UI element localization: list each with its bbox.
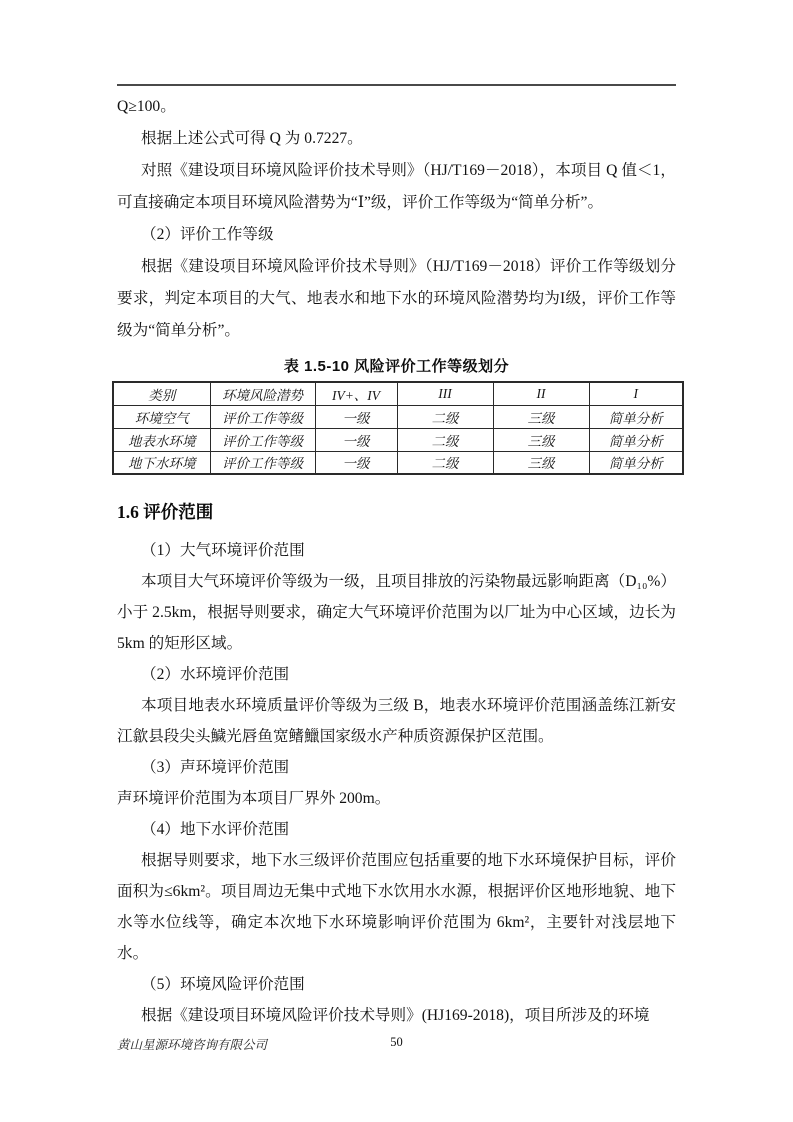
table-header-cell: 类别 (113, 382, 210, 405)
paragraph: （2）评价工作等级 (117, 219, 676, 251)
paragraph: （5）环境风险评价范围 (117, 969, 676, 1000)
table-cell: 评价工作等级 (210, 428, 315, 451)
table-title: 表 1.5-10 风险评价工作等级划分 (117, 356, 676, 377)
paragraph: 根据导则要求，地下水三级评价范围应包括重要的地下水环境保护目标，评价面积为≤6k… (117, 845, 676, 969)
table-cell: 二级 (397, 451, 493, 474)
body-text-lower: （1）大气环境评价范围 本项目大气环境评价等级为一级，且项目排放的污染物最远影响… (117, 535, 676, 1031)
paragraph: （1）大气环境评价范围 (117, 535, 676, 566)
page-footer: 黄山星源环境咨询有限公司 50 (117, 1035, 676, 1055)
paragraph: 根据《建设项目环境风险评价技术导则》（HJ/T169－2018）评价工作等级划分… (117, 251, 676, 347)
table-cell: 三级 (493, 428, 589, 451)
page-content: Q≥100。 根据上述公式可得 Q 为 0.7227。 对照《建设项目环境风险评… (117, 84, 676, 1031)
paragraph: （4）地下水评价范围 (117, 814, 676, 845)
paragraph: （3）声环境评价范围 (117, 752, 676, 783)
table-header-cell: II (493, 382, 589, 405)
header-rule (117, 84, 676, 86)
table-cell: 地表水环境 (113, 428, 210, 451)
body-text-upper: Q≥100。 根据上述公式可得 Q 为 0.7227。 对照《建设项目环境风险评… (117, 91, 676, 347)
paragraph: 本项目地表水环境质量评价等级为三级 B，地表水环境评价范围涵盖练江新安江歙县段尖… (117, 690, 676, 752)
table-cell: 一级 (315, 451, 397, 474)
risk-grade-table: 类别 环境风险潜势 IV+、IV III II I 环境空气 评价工作等级 一级… (112, 381, 684, 475)
table-cell: 简单分析 (589, 428, 683, 451)
paragraph: Q≥100。 (117, 91, 676, 123)
table-cell: 一级 (315, 428, 397, 451)
table-cell: 评价工作等级 (210, 405, 315, 428)
table-row: 地表水环境 评价工作等级 一级 二级 三级 简单分析 (113, 428, 683, 451)
table-cell: 评价工作等级 (210, 451, 315, 474)
footer-company-name: 黄山星源环境咨询有限公司 (117, 1035, 267, 1053)
paragraph: 本项目大气环境评价等级为一级，且项目排放的污染物最远影响距离（D₁₀%）小于 2… (117, 566, 676, 659)
table-cell: 三级 (493, 405, 589, 428)
table-header-row: 类别 环境风险潜势 IV+、IV III II I (113, 382, 683, 405)
table-row: 环境空气 评价工作等级 一级 二级 三级 简单分析 (113, 405, 683, 428)
table-header-cell: I (589, 382, 683, 405)
paragraph: 声环境评价范围为本项目厂界外 200m。 (117, 783, 676, 814)
paragraph: 根据《建设项目环境风险评价技术导则》(HJ169-2018)，项目所涉及的环境 (117, 1000, 676, 1031)
paragraph: （2）水环境评价范围 (117, 659, 676, 690)
section-heading: 1.6 评价范围 (117, 500, 676, 524)
table-cell: 三级 (493, 451, 589, 474)
table-cell: 一级 (315, 405, 397, 428)
table-header-cell: IV+、IV (315, 382, 397, 405)
table-row: 地下水环境 评价工作等级 一级 二级 三级 简单分析 (113, 451, 683, 474)
page-number: 50 (390, 1035, 403, 1050)
paragraph: 对照《建设项目环境风险评价技术导则》（HJ/T169－2018），本项目 Q 值… (117, 155, 676, 219)
table-cell: 简单分析 (589, 405, 683, 428)
document-page: Q≥100。 根据上述公式可得 Q 为 0.7227。 对照《建设项目环境风险评… (0, 0, 793, 1122)
paragraph: 根据上述公式可得 Q 为 0.7227。 (117, 123, 676, 155)
table-cell: 二级 (397, 428, 493, 451)
table-cell: 地下水环境 (113, 451, 210, 474)
table-cell: 简单分析 (589, 451, 683, 474)
table-cell: 环境空气 (113, 405, 210, 428)
table-header-cell: III (397, 382, 493, 405)
table-header-cell: 环境风险潜势 (210, 382, 315, 405)
table-cell: 二级 (397, 405, 493, 428)
